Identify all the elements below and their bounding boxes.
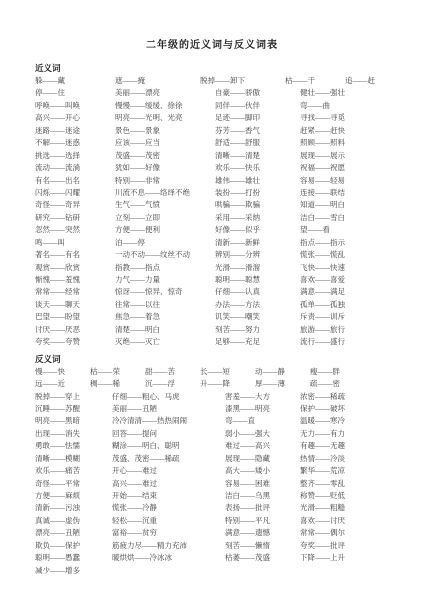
word-pair: 脱掉——卸下 — [200, 75, 285, 87]
word-pair: 洁白——乌黑 — [225, 490, 300, 502]
word-row: 慢——快枯——荣甜——苦长——短动——静瘦——胖 — [35, 366, 408, 378]
word-pair: 浓密——稀疏 — [300, 391, 345, 403]
word-pair: 清晰——模糊 — [35, 453, 112, 465]
word-pair: 枯萎——茂盛 — [225, 552, 300, 564]
word-row: 聪明——愚蠢暖烘烘——冷冰冰枯萎——茂盛下降——上升 — [35, 552, 408, 564]
section-rows: 慢——快枯——荣甜——苦长——短动——静瘦——胖远——近稠——稀沉——浮升——降… — [35, 366, 408, 577]
word-pair: 枯——干 — [285, 75, 345, 87]
word-pair: 足迹——脚印 — [215, 112, 300, 124]
word-pair: 整齐——零乱 — [300, 478, 345, 490]
word-pair: 夸奖——批评 — [300, 540, 345, 552]
word-pair: 沉——浮 — [145, 378, 200, 390]
word-pair: 富裕——贫穷 — [112, 527, 225, 539]
word-pair: 同伴——伙伴 — [215, 100, 300, 112]
word-pair: 洁白——雪白 — [300, 212, 345, 224]
word-pair: 高大——矮小 — [225, 465, 300, 477]
word-row: 著名——有名一动不动——纹丝不动辨别——分辨慌张——慌乱 — [35, 249, 408, 261]
word-pair: 指教——指点 — [115, 262, 215, 274]
word-pair: 出现——消失 — [35, 428, 112, 440]
word-pair: 祝福——祝愿 — [300, 162, 345, 174]
word-row: 清新——污浊慌张——冷静表扬——批评光滑——粗糙 — [35, 502, 408, 514]
word-pair: 慢——快 — [35, 366, 90, 378]
word-pair: 表扬——批评 — [225, 502, 300, 514]
word-pair: 清新——污浊 — [35, 502, 112, 514]
word-pair: 茂盛——茂密 — [115, 150, 215, 162]
word-pair: 繁华——荒凉 — [300, 465, 345, 477]
section-synonyms: 近义词躲——藏遮——掩脱掉——卸下枯——干追——赶停——住美丽——漂亮自豪——骄… — [0, 61, 424, 349]
word-pair: 孤单——孤独 — [300, 299, 345, 311]
word-pair: 特别——非常 — [115, 175, 215, 187]
word-pair: 明亮——光明、光亮 — [115, 112, 215, 124]
word-pair: 足够——充足 — [215, 336, 300, 348]
word-pair: 辨别——分辨 — [215, 249, 300, 261]
word-row: 方便——麻烦开始——结束洁白——乌黑称赞——贬低 — [35, 490, 408, 502]
word-pair: 斥责——训斥 — [300, 311, 345, 323]
word-pair: 称赞——贬低 — [300, 490, 345, 502]
word-pair: 聪明——愚蠢 — [35, 552, 112, 564]
word-pair: 流行——盛行 — [300, 336, 345, 348]
word-pair: 焦急——着急 — [115, 311, 215, 323]
word-row: 高兴——开心明亮——光明、光亮足迹——脚印寻找——寻觅 — [35, 112, 408, 124]
word-pair: 慌张——慌乱 — [300, 249, 345, 261]
word-row: 迷路——迷途景色——景象芬芳——香气赶紧——赶快 — [35, 125, 408, 137]
word-pair: 开始——结束 — [112, 490, 225, 502]
word-pair: 冷冷清清——热热闹闹 — [112, 415, 225, 427]
word-pair: 哄骗——欺骗 — [215, 199, 300, 211]
word-pair: 动——静 — [255, 366, 310, 378]
page-title: 二年级的近义词与反义词表 — [0, 0, 424, 52]
word-pair: 展现——隐藏 — [225, 453, 300, 465]
word-pair: 沉睡——苏醒 — [35, 403, 112, 415]
word-pair: 热情——冷淡 — [300, 453, 345, 465]
word-pair: 芬芳——香气 — [215, 125, 300, 137]
word-pair: 弯——直 — [225, 415, 300, 427]
word-pair: 生气——气愤 — [115, 199, 215, 211]
word-pair: 枯——荣 — [90, 366, 145, 378]
word-row: 夸奖——夸赞灭绝——灭亡足够——充足流行——盛行 — [35, 336, 408, 348]
word-list: 近义词躲——藏遮——掩脱掉——卸下枯——干追——赶停——住美丽——漂亮自豪——骄… — [0, 61, 424, 577]
word-pair: 温暖——寒冷 — [300, 415, 345, 427]
word-pair: 惊讶——惊异、惊奇 — [115, 286, 215, 298]
word-row: 明亮——黑暗冷冷清清——热热闹闹弯——直温暖——寒冷 — [35, 415, 408, 427]
word-pair: 遮——掩 — [115, 75, 200, 87]
word-pair: 保护——破坏 — [300, 403, 345, 415]
word-pair: 弱小——强大 — [225, 428, 300, 440]
word-pair: 美丽——丑陋 — [112, 403, 225, 415]
word-pair: 办法——方法 — [215, 299, 300, 311]
word-pair: 疏——密 — [310, 378, 365, 390]
word-pair: 好像——似乎 — [215, 224, 300, 236]
word-pair: 旅游——旅行 — [300, 324, 345, 336]
word-pair: 甜——苦 — [145, 366, 200, 378]
word-pair: 鸣——叫 — [35, 237, 115, 249]
word-row: 脱掉——穿上仔细——粗心、马虎害羞——大方浓密——稀疏 — [35, 391, 408, 403]
word-pair: 清楚——明白 — [115, 324, 215, 336]
word-pair: 研究——钻研 — [35, 212, 115, 224]
word-pair: 停——住 — [35, 87, 115, 99]
word-row: 闪烁——闪耀川流不息——络绎不绝装扮——打扮连接——联结 — [35, 187, 408, 199]
word-pair: 展现——展示 — [300, 150, 345, 162]
word-pair: 欢乐——快乐 — [215, 162, 300, 174]
word-row: 有名——出名特别——非常雄伟——雄壮容易——轻易 — [35, 175, 408, 187]
word-pair: 升——降 — [200, 378, 255, 390]
word-pair: 容易——困难 — [225, 478, 300, 490]
word-pair: 满意——满足 — [300, 286, 345, 298]
document-page: 二年级的近义词与反义词表 近义词躲——藏遮——掩脱掉——卸下枯——干追——赶停—… — [0, 0, 424, 600]
section-antonyms: 反义词慢——快枯——荣甜——苦长——短动——静瘦——胖远——近稠——稀沉——浮升… — [0, 352, 424, 577]
word-pair: 常常——经常 — [35, 286, 115, 298]
word-pair: 弯——曲 — [300, 100, 330, 112]
word-pair: 赶紧——赶快 — [300, 125, 345, 137]
word-pair: 景色——景象 — [115, 125, 215, 137]
word-row: 停——住美丽——漂亮自豪——骄傲健壮——强壮 — [35, 87, 408, 99]
word-pair: 脱掉——穿上 — [35, 391, 112, 403]
word-pair: 常常——偶尔 — [300, 527, 345, 539]
word-pair: 装扮——打扮 — [215, 187, 300, 199]
word-row: 勇敢——怯懦糊涂——明白、聪明难过——高兴有趣——无趣 — [35, 440, 408, 452]
word-pair: 立刻——立即 — [115, 212, 215, 224]
word-row: 鸣——叫泊——停清新——新鲜指点——指示 — [35, 237, 408, 249]
word-row: 忽然——突然方便——便利好像——似乎望——看 — [35, 224, 408, 236]
word-pair: 回答——提问 — [112, 428, 225, 440]
word-pair: 忽然——突然 — [35, 224, 115, 236]
word-row: 躲——藏遮——掩脱掉——卸下枯——干追——赶 — [35, 75, 408, 87]
word-pair: 筋疲力尽——精力充沛 — [112, 540, 225, 552]
word-pair: 舒适——舒服 — [215, 137, 300, 149]
word-row: 清晰——模糊茂盛、茂密——稀疏展现——隐藏热情——冷淡 — [35, 453, 408, 465]
word-pair: 著名——有名 — [35, 249, 115, 261]
word-pair: 长——短 — [200, 366, 255, 378]
word-pair: 奇怪——奇异 — [35, 199, 115, 211]
word-pair: 难过——高兴 — [225, 440, 300, 452]
word-pair: 下降——上升 — [300, 552, 345, 564]
word-pair: 糊涂——明白、聪明 — [112, 440, 225, 452]
word-pair: 清晰——清楚 — [215, 150, 300, 162]
word-pair: 连接——联结 — [300, 187, 345, 199]
word-pair: 暖烘烘——冷冰冰 — [112, 552, 225, 564]
word-pair: 开心——难过 — [112, 465, 225, 477]
word-pair: 清新——新鲜 — [215, 237, 300, 249]
word-pair: 一动不动——纹丝不动 — [115, 249, 215, 261]
word-pair: 美丽——漂亮 — [115, 87, 215, 99]
word-pair: 光滑——粗糙 — [300, 502, 345, 514]
word-pair: 方便——便利 — [115, 224, 215, 236]
word-row: 真诚——虚伪轻松——沉重特别——平凡喜欢——讨厌 — [35, 515, 408, 527]
word-pair: 奇怪——平常 — [35, 478, 112, 490]
word-pair: 闪烁——闪耀 — [35, 187, 115, 199]
word-pair: 轻松——沉重 — [112, 515, 225, 527]
word-pair: 欺负——保护 — [35, 540, 112, 552]
word-pair: 稠——稀 — [90, 378, 145, 390]
word-pair: 自豪——骄傲 — [215, 87, 300, 99]
word-pair: 指点——指示 — [300, 237, 345, 249]
word-pair: 躲——藏 — [35, 75, 115, 87]
word-pair: 害羞——大方 — [225, 391, 300, 403]
word-pair: 流动——流淌 — [35, 162, 115, 174]
section-rows: 躲——藏遮——掩脱掉——卸下枯——干追——赶停——住美丽——漂亮自豪——骄傲健壮… — [35, 75, 408, 349]
word-pair: 应该——应当 — [115, 137, 215, 149]
word-pair: 不解——迷惑 — [35, 137, 115, 149]
word-row: 欺负——保护筋疲力尽——精力充沛刻苦——懒惰夸奖——批评 — [35, 540, 408, 552]
word-row: 漂亮——丑陋富裕——贫穷满意——遗憾常常——偶尔 — [35, 527, 408, 539]
word-pair: 漆黑——明亮 — [225, 403, 300, 415]
word-pair: 慌张——冷静 — [112, 502, 225, 514]
word-pair: 谈天——聊天 — [35, 299, 115, 311]
word-pair: 往常——以往 — [115, 299, 215, 311]
word-pair: 有名——出名 — [35, 175, 115, 187]
word-pair: 犹如——好像 — [115, 162, 215, 174]
word-row: 巴望——盼望焦急——着急讥笑——嘲笑斥责——训斥 — [35, 311, 408, 323]
word-pair: 明亮——黑暗 — [35, 415, 112, 427]
word-pair: 挑选——选择 — [35, 150, 115, 162]
word-row: 常常——经常惊讶——惊异、惊奇仔细——认真满意——满足 — [35, 286, 408, 298]
word-row: 出现——消失回答——提问弱小——强大无力——有力 — [35, 428, 408, 440]
word-pair: 照顾——照料 — [300, 137, 345, 149]
word-pair: 无力——有力 — [300, 428, 345, 440]
word-pair: 聪明——聪慧 — [215, 274, 300, 286]
word-pair: 慢慢——缓缓、徐徐 — [115, 100, 215, 112]
word-row: 观赏——欣赏指教——指点光滑——滑溜飞快——快速 — [35, 262, 408, 274]
word-pair: 川流不息——络绎不绝 — [115, 187, 215, 199]
word-row: 挑选——选择茂盛——茂密清晰——清楚展现——展示 — [35, 150, 408, 162]
word-pair: 力气——力量 — [115, 274, 215, 286]
word-pair: 呼唤——叫唤 — [35, 100, 115, 112]
word-pair: 观赏——欣赏 — [35, 262, 115, 274]
word-pair: 满意——遗憾 — [225, 527, 300, 539]
word-row: 讨厌——厌恶清楚——明白刻苦——努力旅游——旅行 — [35, 324, 408, 336]
word-row: 欢乐——痛苦开心——难过高大——矮小繁华——荒凉 — [35, 465, 408, 477]
word-pair: 减少——增多 — [35, 565, 80, 577]
word-pair: 夸奖——夸赞 — [35, 336, 115, 348]
word-pair: 讨厌——厌恶 — [35, 324, 115, 336]
word-pair: 寻找——寻觅 — [300, 112, 345, 124]
word-pair: 仔细——认真 — [215, 286, 300, 298]
word-row: 减少——增多 — [35, 565, 408, 577]
word-pair: 知道——明白 — [300, 199, 345, 211]
word-pair: 灭绝——灭亡 — [115, 336, 215, 348]
word-pair: 讥笑——嘲笑 — [215, 311, 300, 323]
word-row: 不解——迷惑应该——应当舒适——舒服照顾——照料 — [35, 137, 408, 149]
word-pair: 巴望——盼望 — [35, 311, 115, 323]
word-pair: 特别——平凡 — [225, 515, 300, 527]
word-pair: 泊——停 — [115, 237, 215, 249]
word-pair: 勇敢——怯懦 — [35, 440, 112, 452]
word-pair: 有趣——无趣 — [300, 440, 345, 452]
word-pair: 高兴——难过 — [112, 478, 225, 490]
word-pair: 高兴——开心 — [35, 112, 115, 124]
section-header: 反义词 — [35, 352, 424, 366]
word-pair: 仔细——粗心、马虎 — [112, 391, 225, 403]
section-header: 近义词 — [35, 61, 424, 75]
word-pair: 追——赶 — [345, 75, 375, 87]
word-pair: 刻苦——懒惰 — [225, 540, 300, 552]
word-pair: 容易——轻易 — [300, 175, 345, 187]
word-pair: 迷路——迷途 — [35, 125, 115, 137]
word-row: 奇怪——平常高兴——难过容易——困难整齐——零乱 — [35, 478, 408, 490]
word-pair: 欢乐——痛苦 — [35, 465, 112, 477]
word-pair: 漂亮——丑陋 — [35, 527, 112, 539]
word-pair: 方便——麻烦 — [35, 490, 112, 502]
word-pair: 飞快——快速 — [300, 262, 345, 274]
word-pair: 真诚——虚伪 — [35, 515, 112, 527]
word-pair: 茂盛、茂密——稀疏 — [112, 453, 225, 465]
word-row: 沉睡——苏醒美丽——丑陋漆黑——明亮保护——破坏 — [35, 403, 408, 415]
word-pair: 采用——采纳 — [215, 212, 300, 224]
word-row: 奇怪——奇异生气——气愤哄骗——欺骗知道——明白 — [35, 199, 408, 211]
word-row: 惭愧——羞愧力气——力量聪明——聪慧喜欢——喜爱 — [35, 274, 408, 286]
word-pair: 瘦——胖 — [310, 366, 365, 378]
word-pair: 喜欢——喜爱 — [300, 274, 345, 286]
word-pair: 喜欢——讨厌 — [300, 515, 345, 527]
word-row: 远——近稠——稀沉——浮升——降厚——薄疏——密 — [35, 378, 408, 390]
word-row: 呼唤——叫唤慢慢——缓缓、徐徐同伴——伙伴弯——曲 — [35, 100, 408, 112]
word-pair: 健壮——强壮 — [300, 87, 345, 99]
word-pair: 厚——薄 — [255, 378, 310, 390]
word-pair: 光滑——滑溜 — [215, 262, 300, 274]
word-pair: 远——近 — [35, 378, 90, 390]
word-row: 研究——钻研立刻——立即采用——采纳洁白——雪白 — [35, 212, 408, 224]
word-pair: 刻苦——努力 — [215, 324, 300, 336]
word-row: 谈天——聊天往常——以往办法——方法孤单——孤独 — [35, 299, 408, 311]
word-pair: 雄伟——雄壮 — [215, 175, 300, 187]
word-pair: 惭愧——羞愧 — [35, 274, 115, 286]
word-row: 流动——流淌犹如——好像欢乐——快乐祝福——祝愿 — [35, 162, 408, 174]
word-pair: 望——看 — [300, 224, 330, 236]
